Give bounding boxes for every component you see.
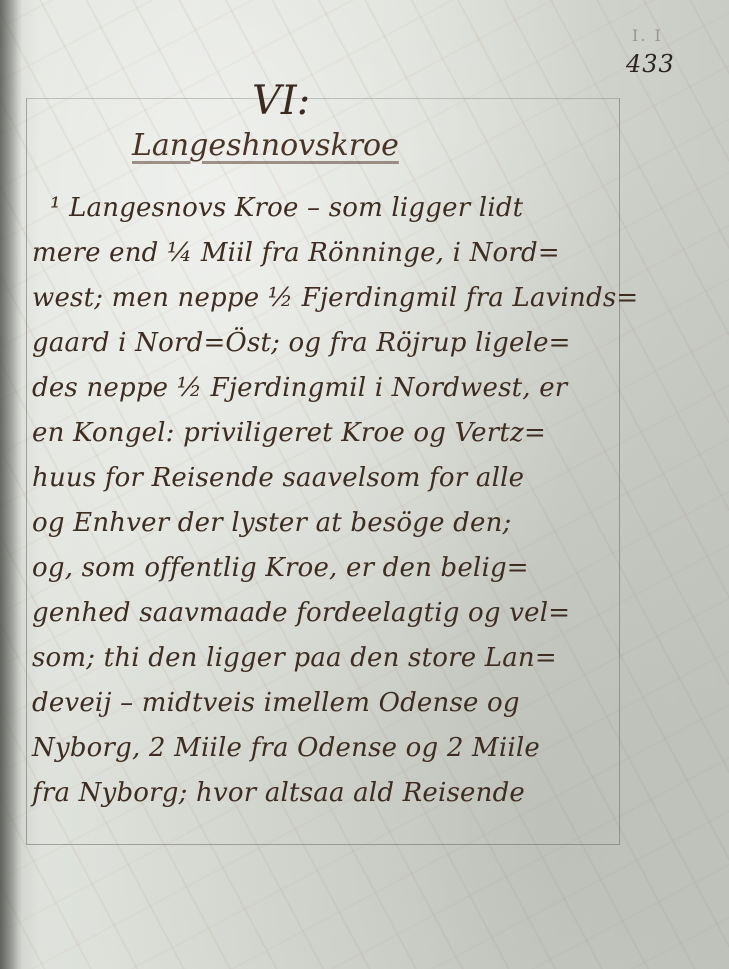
text-line: deveij – midtveis imellem Odense og (32, 681, 642, 726)
manuscript-page: I. I 433 VI: Langeshnovskroe ¹ Langesnov… (0, 0, 729, 969)
folio-number: 433 (626, 50, 675, 78)
text-line: gaard i Nord=Öst; og fra Röjrup ligele= (32, 321, 642, 366)
chapter-number: VI: (252, 78, 310, 124)
text-line: en Kongel: priviligeret Kroe og Vertz= (32, 411, 642, 456)
text-line: fra Nyborg; hvor altsaa ald Reisende (32, 771, 642, 816)
text-line: des neppe ½ Fjerdingmil i Nordwest, er (32, 366, 642, 411)
text-line: west; men neppe ½ Fjerdingmil fra Lavind… (32, 276, 642, 321)
binding-gutter (0, 0, 22, 969)
manuscript-body: ¹ Langesnovs Kroe – som ligger lidt mere… (32, 186, 642, 816)
text-line: og Enhver der lyster at besöge den; (32, 501, 642, 546)
text-line: og, som offentlig Kroe, er den belig= (32, 546, 642, 591)
text-line: som; thi den ligger paa den store Lan= (32, 636, 642, 681)
pencil-archive-mark: I. I (632, 26, 663, 45)
text-line: huus for Reisende saavelsom for alle (32, 456, 642, 501)
text-line: mere end ¼ Miil fra Rönninge, i Nord= (32, 231, 642, 276)
section-heading: Langeshnovskroe (132, 128, 399, 163)
text-line: genhed saavmaade fordeelagtig og vel= (32, 591, 642, 636)
text-line: Nyborg, 2 Miile fra Odense og 2 Miile (32, 726, 642, 771)
text-line: ¹ Langesnovs Kroe – som ligger lidt (32, 186, 642, 231)
